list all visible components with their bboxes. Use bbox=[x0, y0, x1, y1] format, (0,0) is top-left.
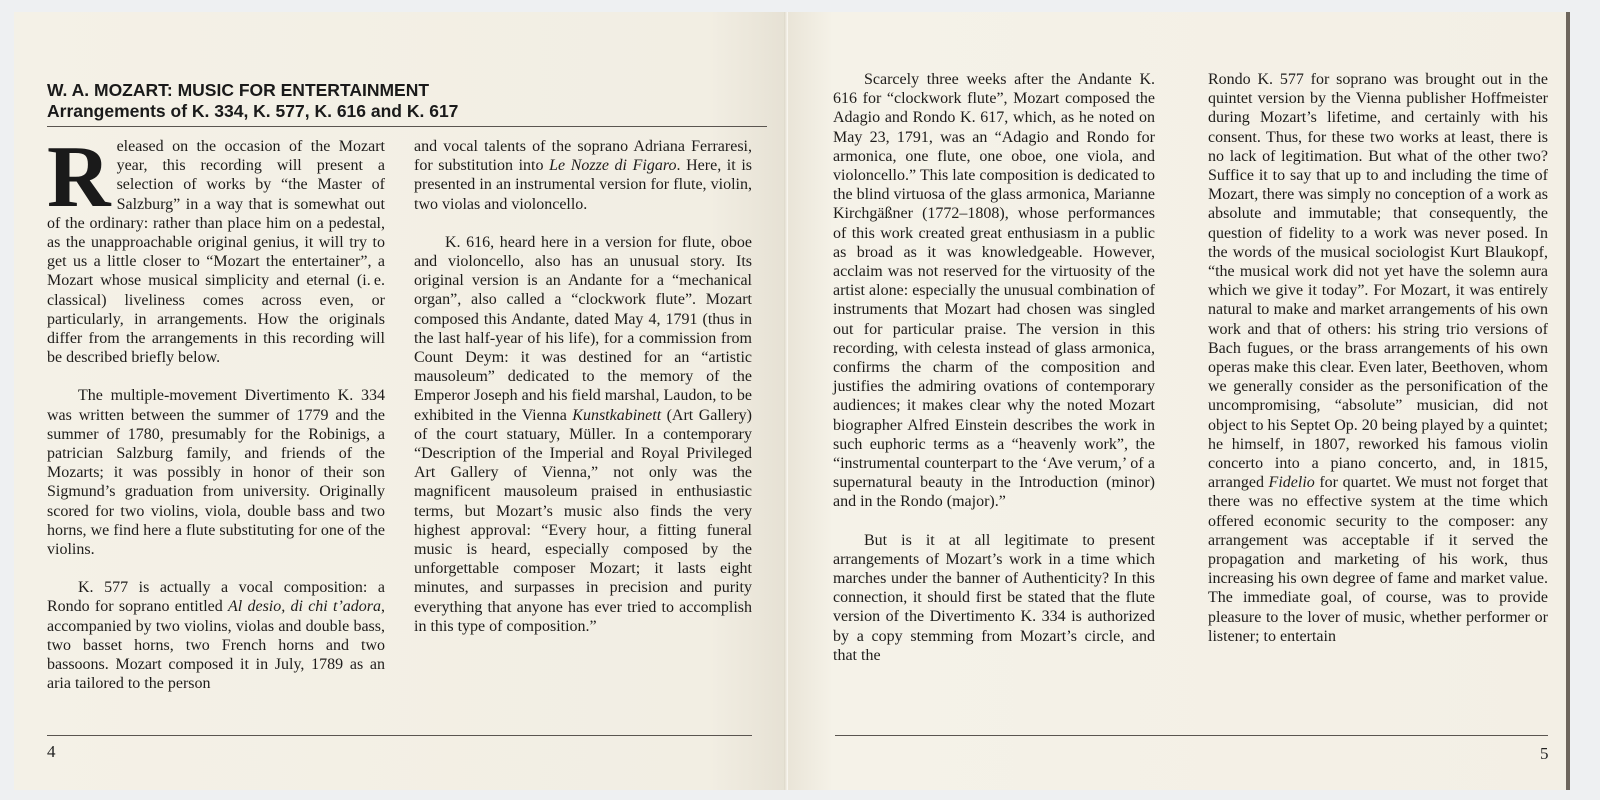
heading-divider bbox=[47, 126, 767, 127]
page-number-right: 5 bbox=[1540, 744, 1549, 764]
left-page-column-2: and vocal talents of the soprano Adriana… bbox=[414, 137, 752, 655]
book-gutter bbox=[784, 12, 788, 790]
italic-title: Al desio, di chi t’adora bbox=[228, 598, 381, 615]
footer-divider bbox=[47, 735, 752, 736]
right-page-column-1: Scarcely three weeks after the Andante K… bbox=[833, 70, 1155, 684]
italic-title: Le Nozze di Figaro bbox=[549, 157, 676, 174]
paragraph: Rondo K. 577 for soprano was brought out… bbox=[1208, 70, 1548, 646]
left-page-column-1: Released on the occasion of the Mozart y… bbox=[47, 137, 385, 712]
paragraph: K. 616, heard here in a version for flut… bbox=[414, 233, 752, 636]
paragraph: The multiple-movement Divertimento K. 33… bbox=[47, 386, 385, 559]
article-heading: W. A. MOZART: MUSIC FOR ENTERTAINMENT Ar… bbox=[47, 80, 767, 122]
italic-title: Fidelio bbox=[1269, 474, 1315, 491]
paragraph: But is it at all legitimate to present a… bbox=[833, 531, 1155, 665]
paragraph: Scarcely three weeks after the Andante K… bbox=[833, 70, 1155, 512]
paragraph: and vocal talents of the soprano Adriana… bbox=[414, 137, 752, 214]
article-title: W. A. MOZART: MUSIC FOR ENTERTAINMENT bbox=[47, 80, 767, 101]
right-page-column-2: Rondo K. 577 for soprano was brought out… bbox=[1208, 70, 1548, 665]
footer-divider bbox=[835, 735, 1548, 736]
page-number-left: 4 bbox=[47, 742, 56, 762]
article-subtitle: Arrangements of K. 334, K. 577, K. 616 a… bbox=[47, 101, 767, 122]
paragraph: K. 577 is actually a vocal composition: … bbox=[47, 578, 385, 693]
italic-term: Kunstkabinett bbox=[572, 407, 661, 424]
drop-cap: R bbox=[47, 143, 111, 213]
paragraph: Released on the occasion of the Mozart y… bbox=[47, 137, 385, 367]
